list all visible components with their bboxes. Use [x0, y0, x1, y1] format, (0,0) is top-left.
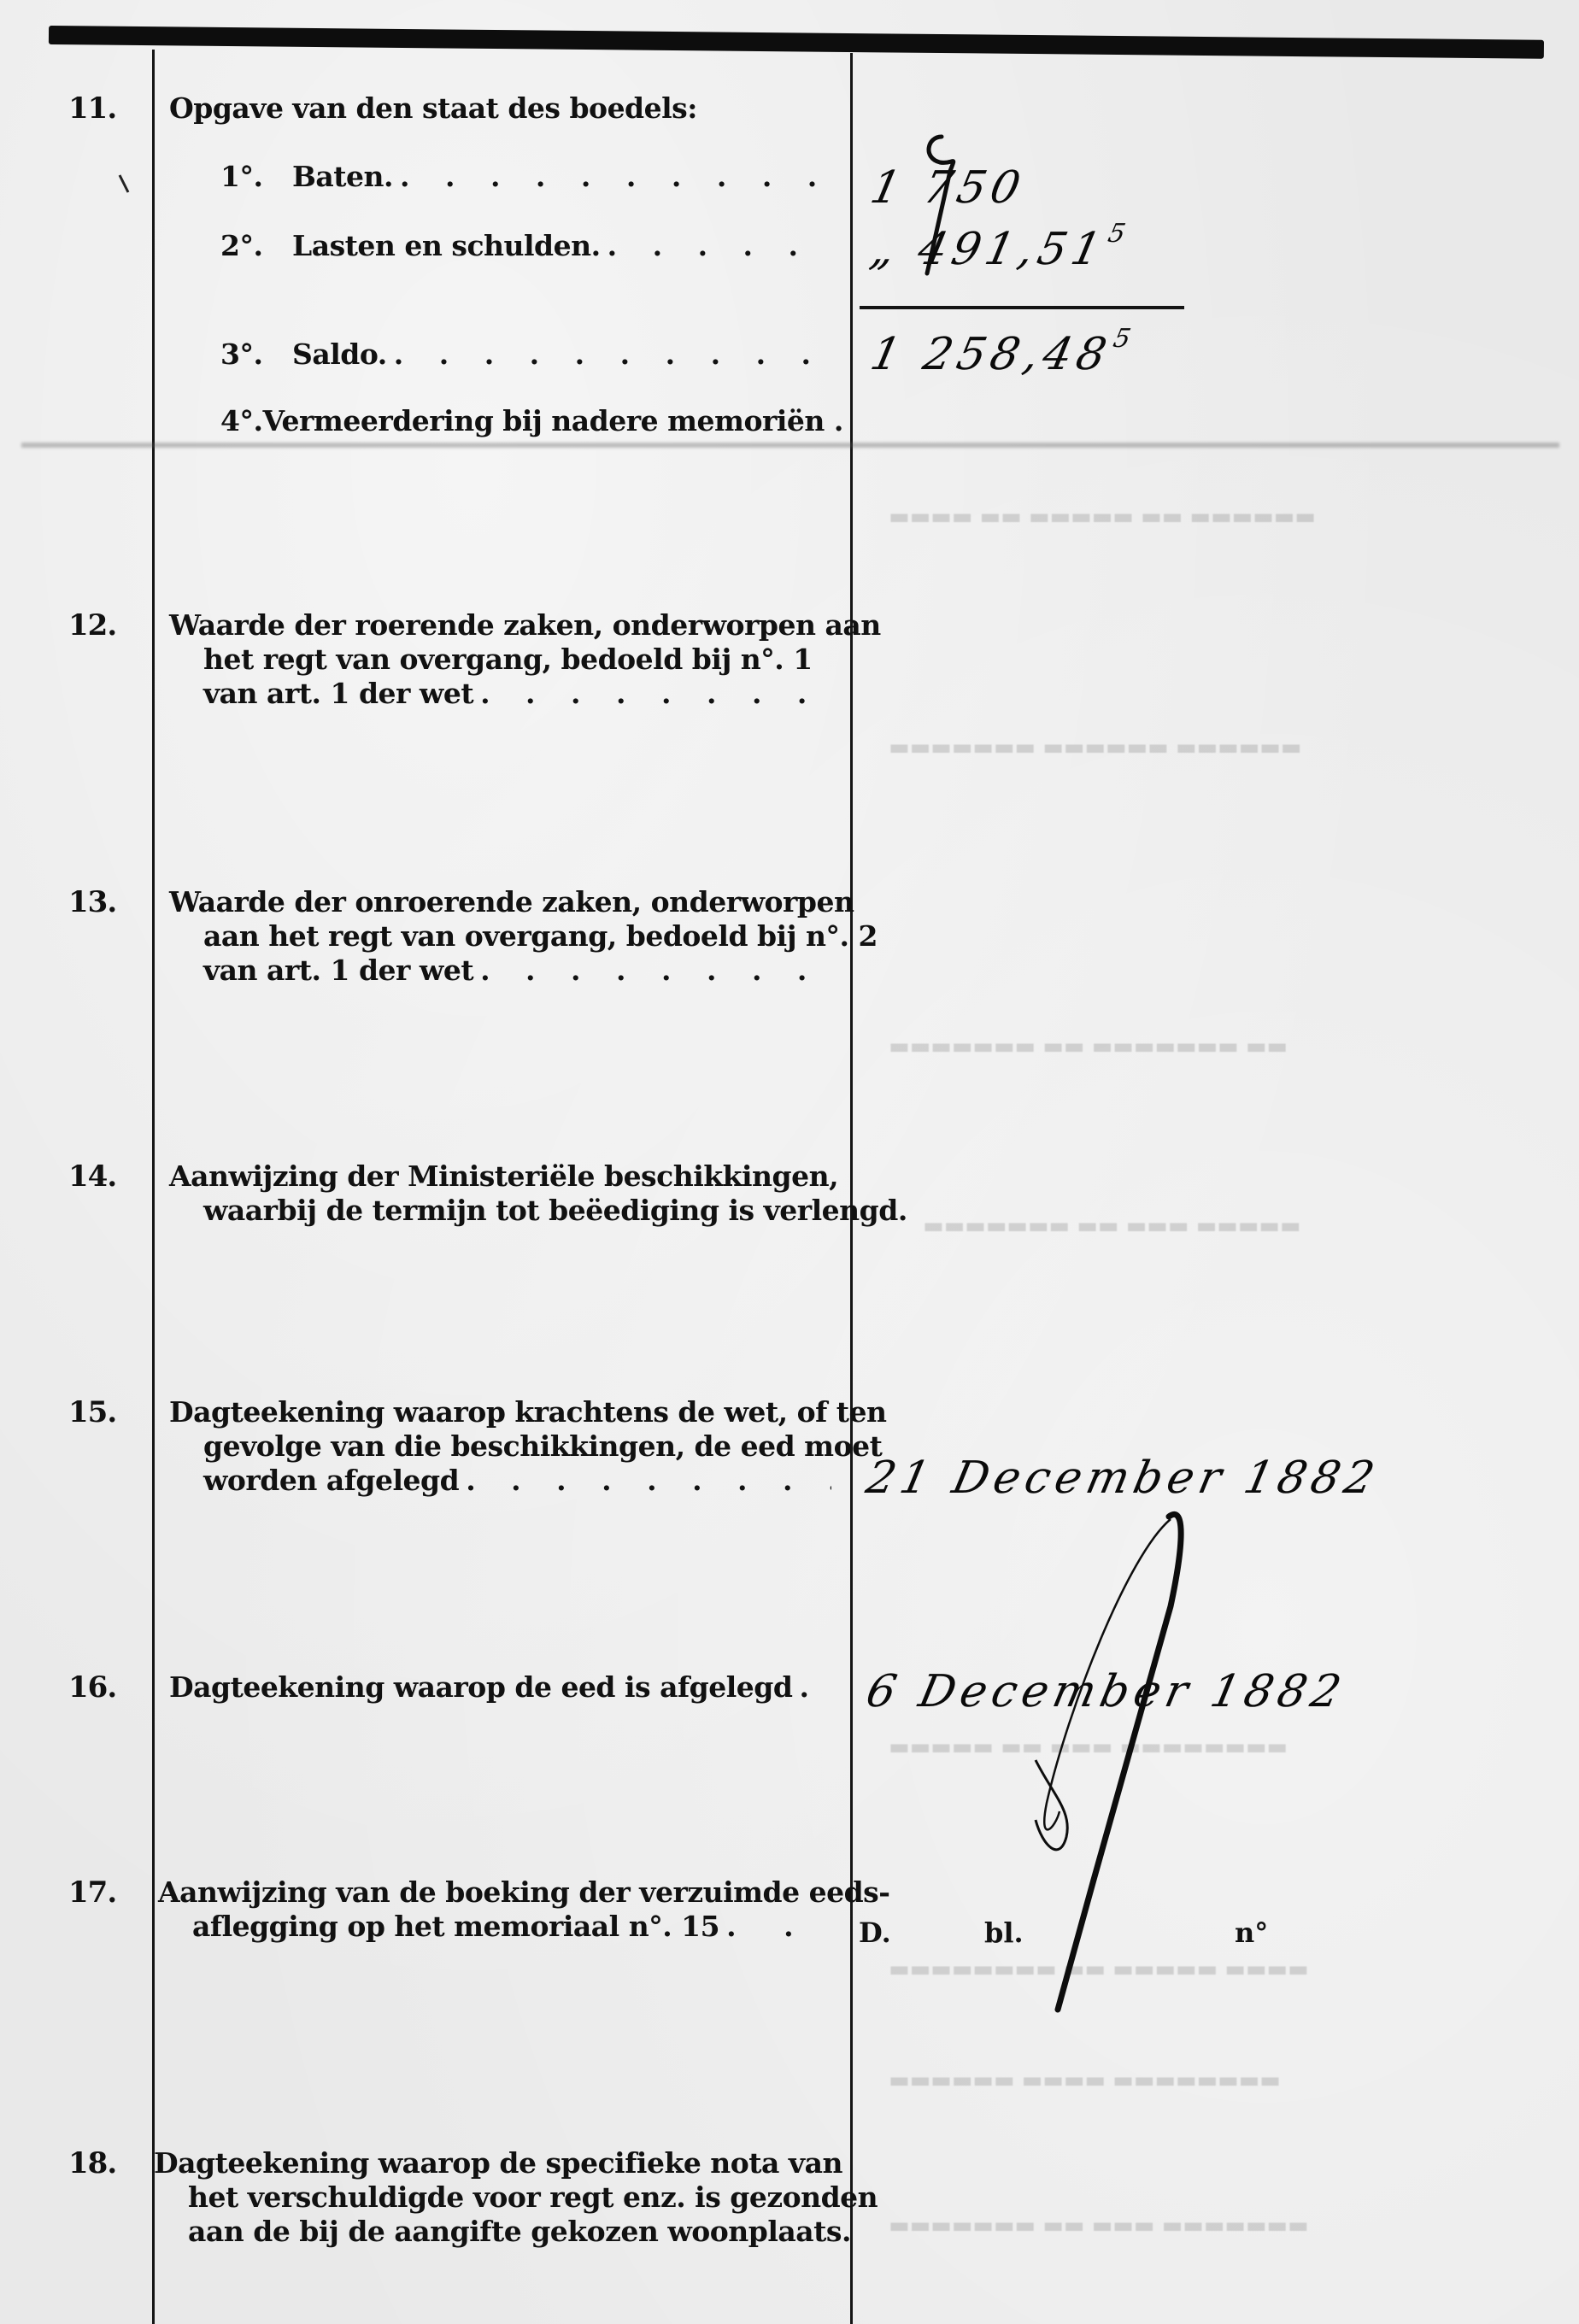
item-number-12: 12. [68, 608, 116, 643]
item-number-16: 16. [68, 1670, 116, 1705]
sub-item-saldo: 3°. Saldo. . . . . . . . . . . . . . . . [220, 337, 831, 371]
item-label-17: Aanwijzing van de boeking der verzuimde … [158, 1875, 820, 1944]
field-label-bl: bl. [984, 1916, 1024, 1949]
sub-item-vermeerdering: 4°. Vermeerdering bij nadere memoriën . [220, 404, 831, 437]
item-number-17: 17. [68, 1875, 116, 1910]
bleed-through-text: ▬▬▬▬▬▬ ▬▬▬▬ ▬▬▬▬▬▬▬▬ [889, 2068, 1281, 2093]
bleed-through-text: ▬▬▬▬▬▬▬ ▬▬ ▬▬▬ ▬▬▬▬▬ [923, 1213, 1300, 1239]
value-column-divider [850, 53, 853, 2324]
value-eed-deadline[interactable]: 21 December 1882 [862, 1452, 1384, 1504]
item-label-14: Aanwijzing der Ministeriële beschikkinge… [169, 1159, 831, 1228]
item-label-11: Opgave van den staat des boedels: [169, 91, 831, 126]
item-number-13: 13. [68, 885, 116, 919]
sub-item-lasten: 2°. Lasten en schulden. . . . . . . . . … [220, 229, 831, 262]
bleed-through-text: ▬▬▬▬▬▬▬ ▬▬ ▬▬▬▬▬▬▬ ▬▬ [889, 1034, 1288, 1059]
value-eed-date[interactable]: 6 December 1882 [862, 1666, 1351, 1717]
field-label-d: D. [859, 1916, 891, 1949]
item-label-18: Dagteekening waarop de specifieke nota v… [154, 2146, 816, 2249]
value-baten[interactable]: 1 750 [866, 162, 1030, 214]
field-label-no: n° [1235, 1916, 1268, 1949]
sub-item-baten: 1°. Baten. . . . . . . . . . . . . . . . [220, 160, 831, 193]
value-saldo[interactable]: 1 258,485 [866, 329, 1137, 380]
item-label-12: Waarde der roerende zaken, onderworpen a… [169, 608, 831, 711]
bleed-through-text: ▬▬▬▬▬▬▬ ▬▬▬▬▬▬ ▬▬▬▬▬▬ [889, 735, 1301, 760]
item-label-13: Waarde der onroerende zaken, onderworpen… [169, 885, 831, 988]
number-column-divider [152, 50, 155, 2324]
value-lasten[interactable]: „ 491,515 [866, 224, 1132, 275]
item-number-15: 15. [68, 1395, 116, 1429]
bleed-through-text: ▬▬▬▬▬▬▬ ▬▬ ▬▬▬ ▬▬▬▬▬▬▬ [889, 2213, 1309, 2239]
bleed-through-text: ▬▬▬▬▬ ▬▬ ▬▬▬ ▬▬▬▬▬▬▬▬ [889, 1734, 1288, 1760]
item-label-15: Dagteekening waarop krachtens de wet, of… [169, 1395, 831, 1498]
item-number-14: 14. [68, 1159, 116, 1194]
bleed-through-text: ▬▬▬▬▬▬▬▬ ▬▬ ▬▬▬▬▬ ▬▬▬▬ [889, 1957, 1309, 1982]
item-label-16: Dagteekening waarop de eed is afgelegd. … [169, 1670, 831, 1705]
item-number-11: 11. [68, 91, 116, 126]
item-number-18: 18. [68, 2146, 116, 2180]
bleed-through-text: ▬▬▬▬ ▬▬ ▬▬▬▬▬ ▬▬ ▬▬▬▬▬▬ [889, 504, 1316, 530]
section-divider [21, 443, 1559, 448]
sum-rule [860, 306, 1184, 309]
